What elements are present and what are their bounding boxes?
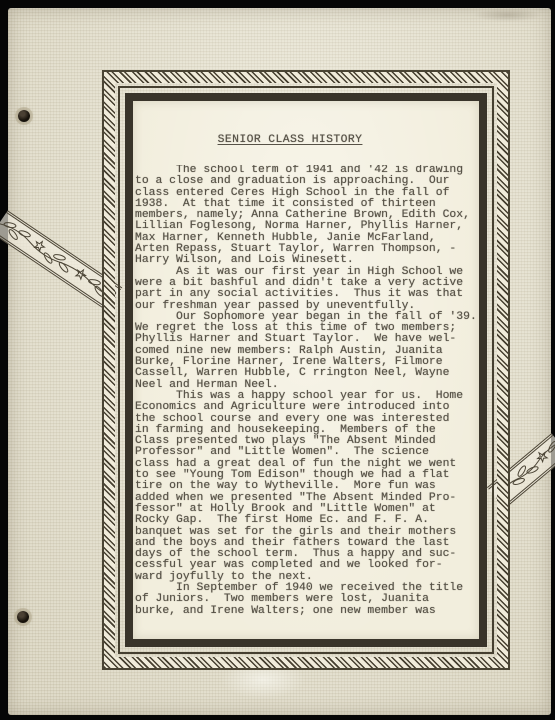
page-title: SENIOR CLASS HISTORY — [117, 134, 463, 146]
photo-scan-border: SENIOR CLASS HISTORY The school term of … — [0, 0, 555, 720]
typed-paragraphs: The school term of 1941 and '42 is drawi… — [133, 165, 479, 617]
punch-hole-bottom — [17, 611, 29, 623]
typed-sheet: SENIOR CLASS HISTORY The school term of … — [133, 101, 479, 639]
ornate-frame: SENIOR CLASS HISTORY The school term of … — [102, 70, 510, 670]
album-page: SENIOR CLASS HISTORY The school term of … — [8, 8, 551, 715]
punch-hole-top — [18, 110, 30, 122]
